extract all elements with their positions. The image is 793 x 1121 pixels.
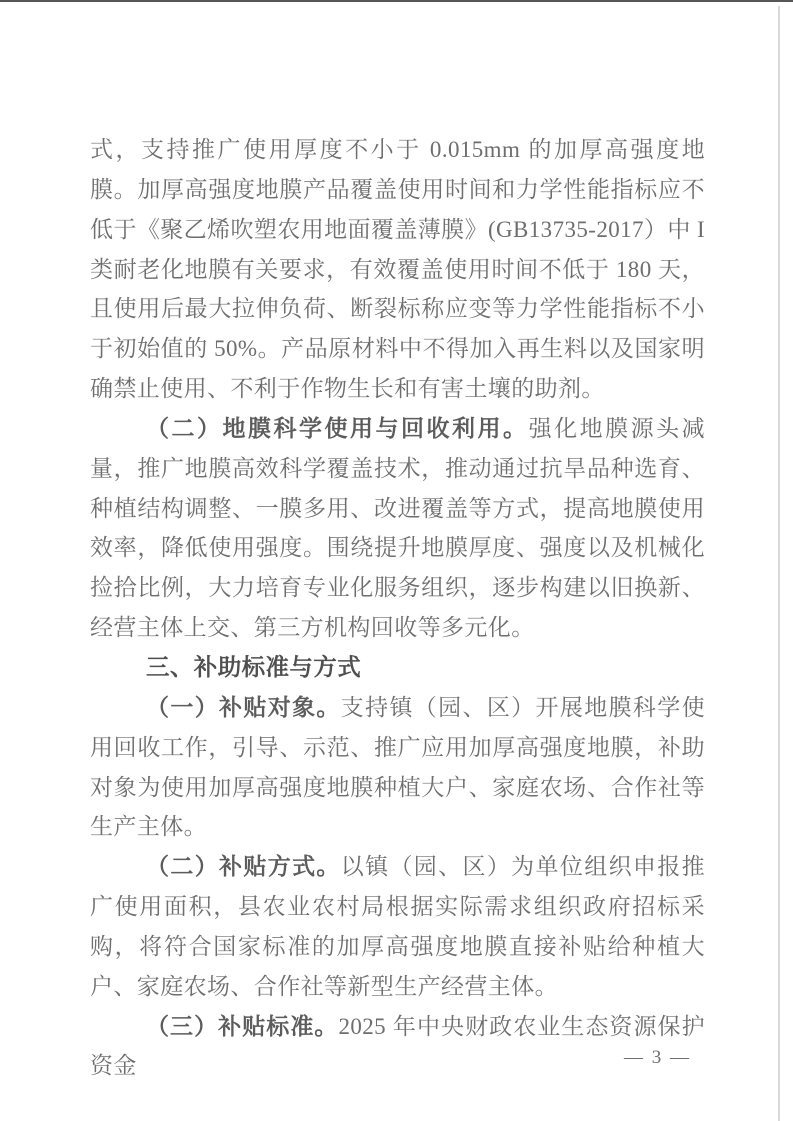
paragraph: （二）补贴方式。以镇（园、区）为单位组织申报推广使用面积，县农业农村局根据实际需…: [90, 847, 705, 1006]
paragraph-lead: （一）补贴对象。: [146, 695, 341, 720]
scanned-document-page: 式，支持推广使用厚度不小于 0.015mm 的加厚高强度地膜。加厚高强度地膜产品…: [0, 0, 793, 1121]
section-heading: 三、补助标准与方式: [90, 648, 705, 688]
paragraph-lead: （三）补贴标准。: [146, 1014, 338, 1039]
paragraph: （一）补贴对象。支持镇（园、区）开展地膜科学使用回收工作，引导、示范、推广应用加…: [90, 688, 705, 847]
scan-artifact-top-edge: [0, 0, 793, 2]
paragraph: （二）地膜科学使用与回收利用。强化地膜源头减量，推广地膜高效科学覆盖技术，推动通…: [90, 409, 705, 648]
page-number: — 3 —: [624, 1046, 691, 1070]
paragraph-lead: （二）补贴方式。: [146, 854, 341, 879]
paragraph-lead: （二）地膜科学使用与回收利用。: [146, 416, 529, 441]
scan-artifact-right-edge: [778, 6, 780, 1121]
document-body: 式，支持推广使用厚度不小于 0.015mm 的加厚高强度地膜。加厚高强度地膜产品…: [90, 130, 705, 1086]
paragraph-text: 强化地膜源头减量，推广地膜高效科学覆盖技术，推动通过抗旱品种选育、种植结构调整、…: [90, 416, 705, 640]
paragraph: 式，支持推广使用厚度不小于 0.015mm 的加厚高强度地膜。加厚高强度地膜产品…: [90, 130, 705, 409]
paragraph: （三）补贴标准。2025 年中央财政农业生态资源保护资金: [90, 1007, 705, 1087]
